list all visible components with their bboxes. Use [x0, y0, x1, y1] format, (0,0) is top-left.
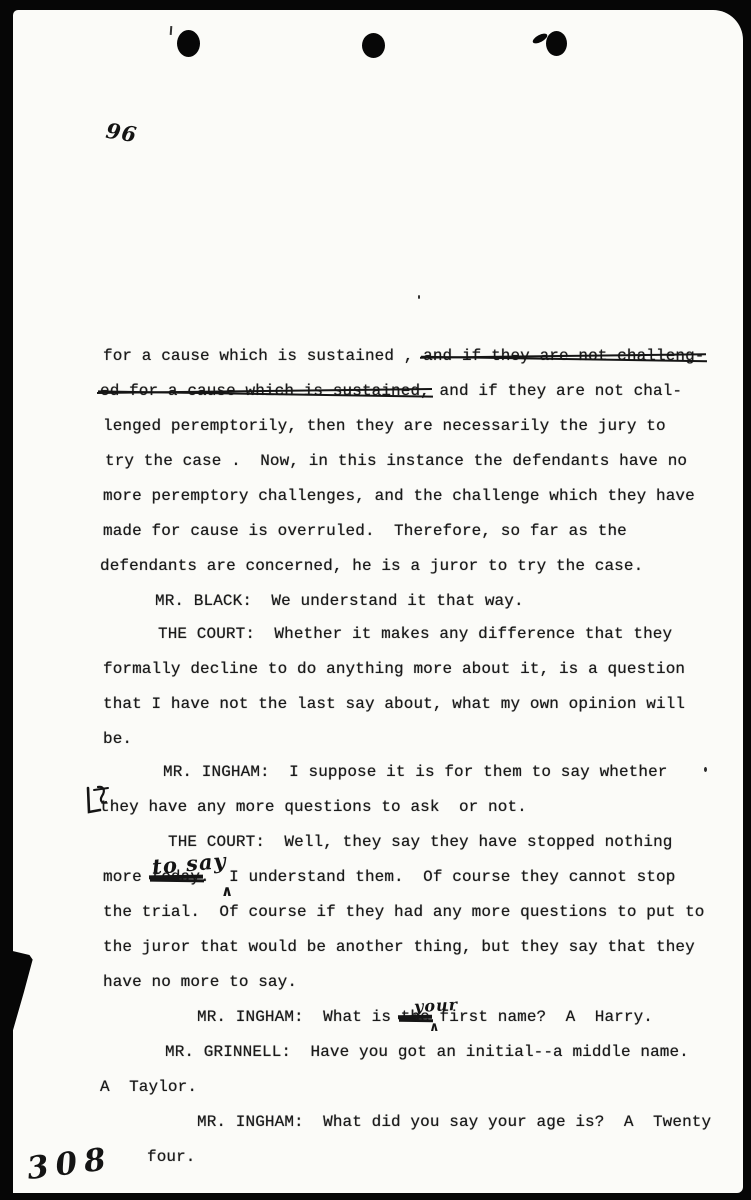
- hole-punch-icon: [362, 33, 385, 58]
- transcript-line: MR. INGHAM: What is the first name? A Ha…: [197, 1007, 653, 1027]
- transcript-line: that I have not the last say about, what…: [103, 694, 685, 714]
- transcript-line: be.: [103, 729, 132, 749]
- transcript-line: try the case . Now, in this instance the…: [105, 451, 687, 471]
- transcript-line: more peremptory challenges, and the chal…: [103, 486, 695, 506]
- transcript-line: they have any more questions to ask or n…: [100, 797, 527, 817]
- stray-mark: [418, 295, 420, 299]
- line-text: more: [103, 868, 152, 886]
- transcript-line: THE COURT: Whether it makes any differen…: [158, 624, 672, 644]
- line-text: . I understand them. Of course they cann…: [200, 868, 675, 886]
- scanned-page: 96 308 to say ∧ your ∧ for a cause which…: [0, 0, 751, 1200]
- hole-punch-icon: [177, 30, 200, 57]
- transcript-line: A Taylor.: [100, 1077, 197, 1097]
- transcript-line: for a cause which is sustained , and if …: [103, 346, 705, 366]
- line-text: first name? A Harry.: [430, 1008, 653, 1026]
- transcript-line: MR. INGHAM: I suppose it is for them to …: [163, 762, 667, 782]
- handwritten-page-number-top: 96: [104, 118, 139, 148]
- transcript-line: made for cause is overruled. Therefore, …: [103, 521, 627, 541]
- transcript-line: defendants are concerned, he is a juror …: [100, 556, 643, 576]
- transcript-line: more today. I understand them. Of course…: [103, 867, 675, 887]
- transcript-line: the trial. Of course if they had any mor…: [103, 902, 705, 922]
- struck-text: and if they are not challeng-: [423, 346, 704, 366]
- line-text: and if they are not chal-: [430, 382, 682, 400]
- line-text: MR. INGHAM: What is: [197, 1008, 401, 1026]
- transcript-line: MR. INGHAM: What did you say your age is…: [197, 1112, 711, 1132]
- line-text: for a cause which is sustained ,: [103, 347, 423, 365]
- hole-punch-icon: [546, 31, 567, 56]
- transcript-line: formally decline to do anything more abo…: [103, 659, 685, 679]
- transcript-line: the juror that would be another thing, b…: [103, 937, 695, 957]
- struck-text: the: [401, 1007, 430, 1027]
- transcript-line: THE COURT: Well, they say they have stop…: [168, 832, 672, 852]
- transcript-line: MR. BLACK: We understand it that way.: [155, 591, 524, 611]
- transcript-line: lenged peremptorily, then they are neces…: [103, 416, 666, 436]
- transcript-line: MR. GRINNELL: Have you got an initial--a…: [165, 1042, 689, 1062]
- stray-mark: [704, 767, 707, 772]
- transcript-line: have no more to say.: [103, 972, 297, 992]
- transcript-line: ed for a cause which is sustained, and i…: [100, 381, 682, 401]
- struck-text: today: [152, 867, 201, 887]
- transcript-line: four.: [147, 1147, 196, 1167]
- struck-text: ed for a cause which is sustained,: [100, 381, 430, 401]
